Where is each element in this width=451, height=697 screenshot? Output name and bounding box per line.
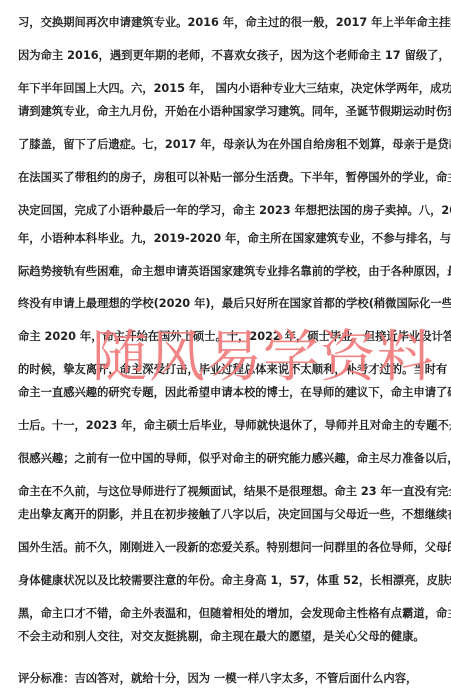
text-line: 命主 2020 年，命主开始在国外上硕士。十，2022 年，硕士毕业，但接近毕业…	[18, 330, 436, 344]
text-line: 很感兴趣；之前有一位中国的导师，似乎对命主的研究能力感兴趣，命主尽力准备以后，	[18, 452, 436, 466]
text-line: 黑，命主口才不错，命主外表温和，但随着相处的增加，会发现命主性格有点霸道，命主	[18, 607, 436, 621]
text-line: 不会主动和别人交往，对交友挺挑剔，命主现在最大的愿望，是关心父母的健康。	[18, 630, 436, 644]
text-line: 习，交换期间再次申请建筑专业。2016 年，命主过的很一般，2017 年上半年命…	[18, 16, 436, 30]
text-line: 际趋势接轨有些困难，命主想申请英语国家建筑专业排名靠前的学校，由于各种原因，最	[18, 265, 436, 279]
text-line: 士后。十一，2023 年，命主硕士后毕业，导师就快退休了，导师并且对命主的专题不…	[18, 419, 436, 433]
text-line: 走出挚友离开的阴影，并且在初步接触了八字以后，决定回国与父母近一些，不想继续在	[18, 508, 436, 522]
text-line: 因为命主 2016，遇到更年期的老师，不喜欢女孩子，因为这个老师命主 17 留级…	[18, 49, 436, 63]
text-line: 在法国买了带租约的房子，房租可以补贴一部分生活费。下半年，暂停国外的学业，命主	[18, 171, 436, 185]
text-line: 命主一直感兴趣的研究专题，因此希望申请本校的博士，在导师的建议下，命主申请了硕	[18, 386, 436, 400]
text-line: 年下半年回国上大四。六，2015 年， 国内小语种专业大三结束，决定休学两年，成…	[18, 82, 436, 96]
text-line: 年，小语种本科毕业。九，2019-2020 年，命主所在国家建筑专业，不参与排名…	[18, 232, 436, 246]
text-line: 了膝盖，留下了后遗症。七，2017 年，母亲认为在外国自给房租不划算，母亲于是贷…	[18, 138, 436, 152]
text-line: 命主在不久前，与这位导师进行了视频面试，结果不是很理想。命主 23 年一直没有完…	[18, 485, 436, 499]
text-line: 终没有申请上最理想的学校(2020 年)，最后只好所在国家首都的学校(稍微国际化…	[18, 297, 436, 311]
text-line: 的时候，挚友离开，命主深受打击，毕业过程总体来说不太顺利，补考才过的。当时有	[18, 363, 436, 377]
text-line: 身体健康状况以及比较需要注意的年份。命主身高 1，57，体重 52，长相漂亮，皮…	[18, 574, 436, 588]
text-line: 请到建筑专业，命主九月份，开始在小语种国家学习建筑。同年，圣诞节假期运动时伤到	[18, 105, 436, 119]
text-line: 决定回国，完成了小语种最后一年的学习，命主 2023 年想把法国的房子卖掉。八，…	[18, 204, 436, 218]
text-line: 国外生活。前不久，刚刚进入一段新的恋爱关系。特别想问一问群里的各位导师，父母的	[18, 541, 436, 555]
scoring-criteria: 评分标准：吉凶答对，就给十分，因为 一模一样八字太多，不管后面什么内容，	[18, 672, 436, 686]
